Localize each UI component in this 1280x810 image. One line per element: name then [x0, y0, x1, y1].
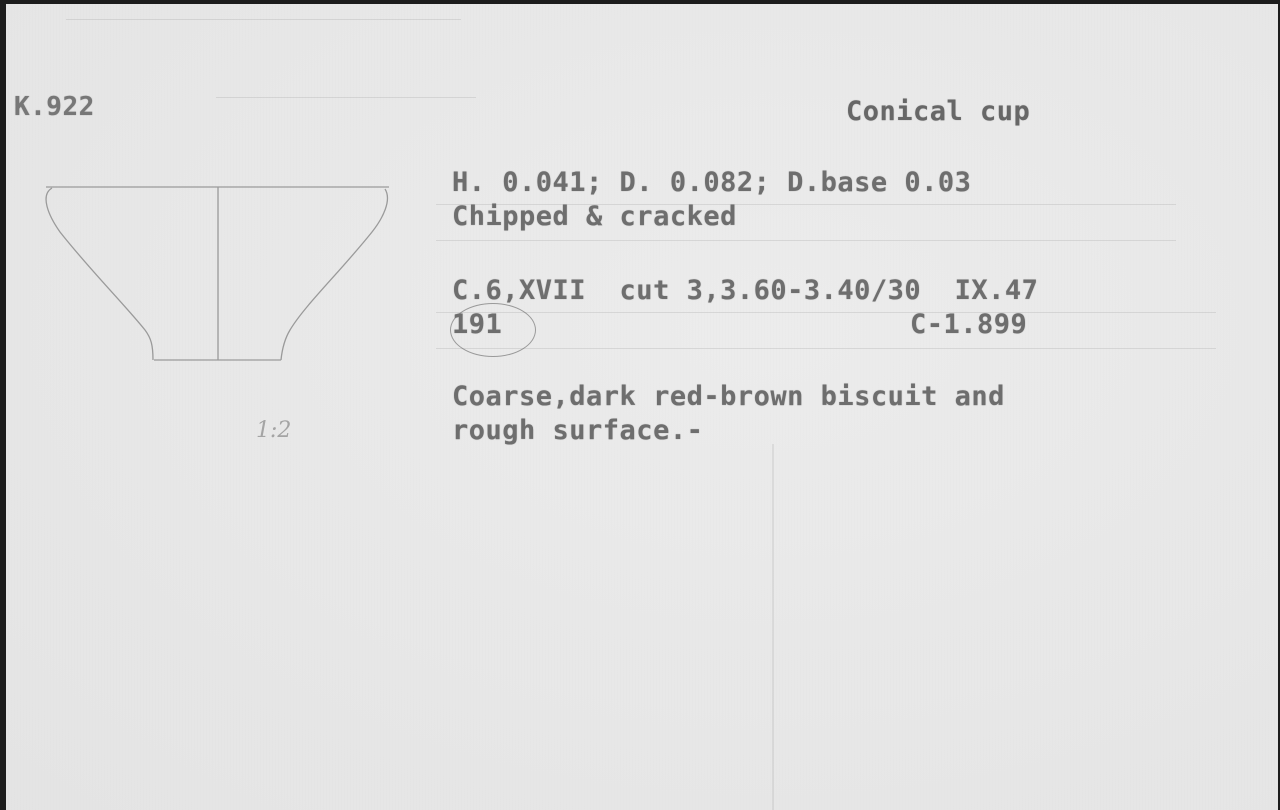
condition-text: Chipped & cracked [452, 200, 737, 234]
dimensions-text: H. 0.041; D. 0.082; D.base 0.03 [452, 166, 971, 200]
drawing-scale-note: 1:2 [256, 418, 291, 443]
left-wall-profile [46, 188, 153, 360]
context-number: C-1.899 [910, 308, 1027, 342]
object-type-title: Conical cup [846, 95, 1030, 129]
inventory-circle-mark [450, 303, 536, 357]
description-line-2: rough surface.- [452, 414, 703, 448]
right-wall-profile [281, 189, 387, 360]
description-line-1: Coarse,dark red-brown biscuit and [452, 380, 1005, 414]
findspot-text: C.6,XVII cut 3,3.60-3.40/30 IX.47 [452, 274, 1038, 308]
catalog-number: K.922 [14, 90, 95, 124]
